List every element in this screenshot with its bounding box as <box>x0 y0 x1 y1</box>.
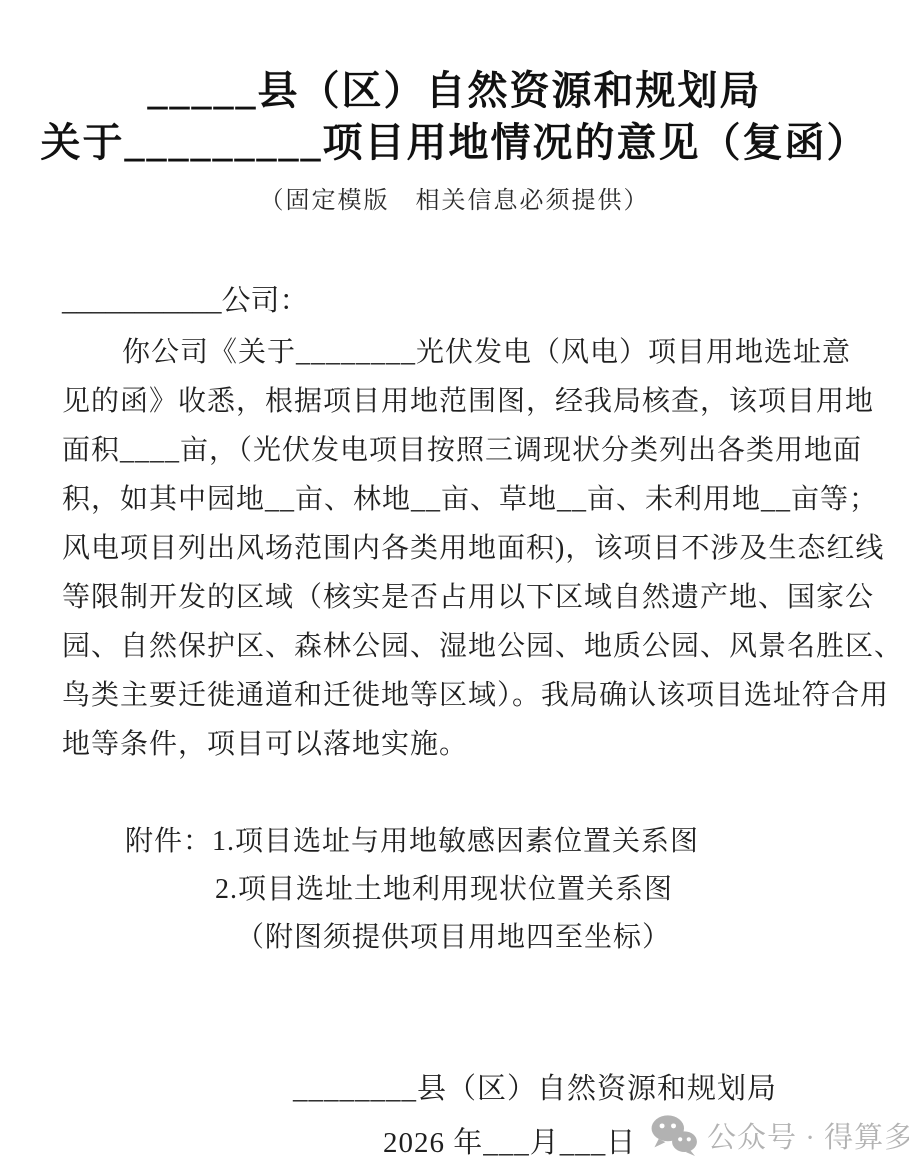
wechat-icon <box>650 1114 698 1156</box>
watermark: 公众号 · 得算多 <box>650 1114 909 1156</box>
document-title-note: （固定模版 相关信息必须提供） <box>0 180 909 215</box>
body-paragraph: 你公司《关于________光伏发电（风电）项目用地选址意 见的函》收悉，根据项… <box>62 328 847 769</box>
body-line: 面积____亩，（光伏发电项目按照三调现状分类列出各类用地面 <box>62 426 847 475</box>
document-page: _____县（区）自然资源和规划局 关于_________项目用地情况的意见（复… <box>0 0 909 1173</box>
salutation-line: ___________公司： <box>62 278 309 319</box>
document-title-line1: _____县（区）自然资源和规划局 <box>0 66 909 116</box>
attachments-note: （附图须提供项目用地四至坐标） <box>236 918 671 958</box>
body-line: 等限制开发的区域（核实是否占用以下区域自然遗产地、国家公 <box>62 573 847 622</box>
signature-agency: ________县（区）自然资源和规划局 <box>293 1066 777 1107</box>
body-line: 你公司《关于________光伏发电（风电）项目用地选址意 <box>62 328 847 377</box>
body-line: 园、自然保护区、森林公园、湿地公园、地质公园、风景名胜区、 <box>62 622 847 671</box>
body-line: 地等条件，项目可以落地实施。 <box>62 720 847 769</box>
body-line: 积，如其中园地__亩、林地__亩、草地__亩、未利用地__亩等； <box>62 475 847 524</box>
body-line: 风电项目列出风场范围内各类用地面积)，该项目不涉及生态红线 <box>62 524 847 573</box>
attachment-item-2: 2.项目选址土地利用现状位置关系图 <box>215 870 673 910</box>
attachments-label: 附件： <box>125 826 212 857</box>
body-line: 鸟类主要迁徙通道和迁徙地等区域）。我局确认该项目选址符合用 <box>62 671 847 720</box>
document-title-line2: 关于_________项目用地情况的意见（复函） <box>0 118 909 168</box>
attachments-line-1: 附件：1.项目选址与用地敏感因素位置关系图 <box>125 822 699 862</box>
attachment-item-1: 1.项目选址与用地敏感因素位置关系图 <box>212 826 699 857</box>
body-line: 见的函》收悉，根据项目用地范围图，经我局核查，该项目用地 <box>62 377 847 426</box>
signature-date: 2026 年___月___日 <box>383 1120 636 1161</box>
watermark-label: 公众号 · 得算多 <box>707 1115 909 1156</box>
